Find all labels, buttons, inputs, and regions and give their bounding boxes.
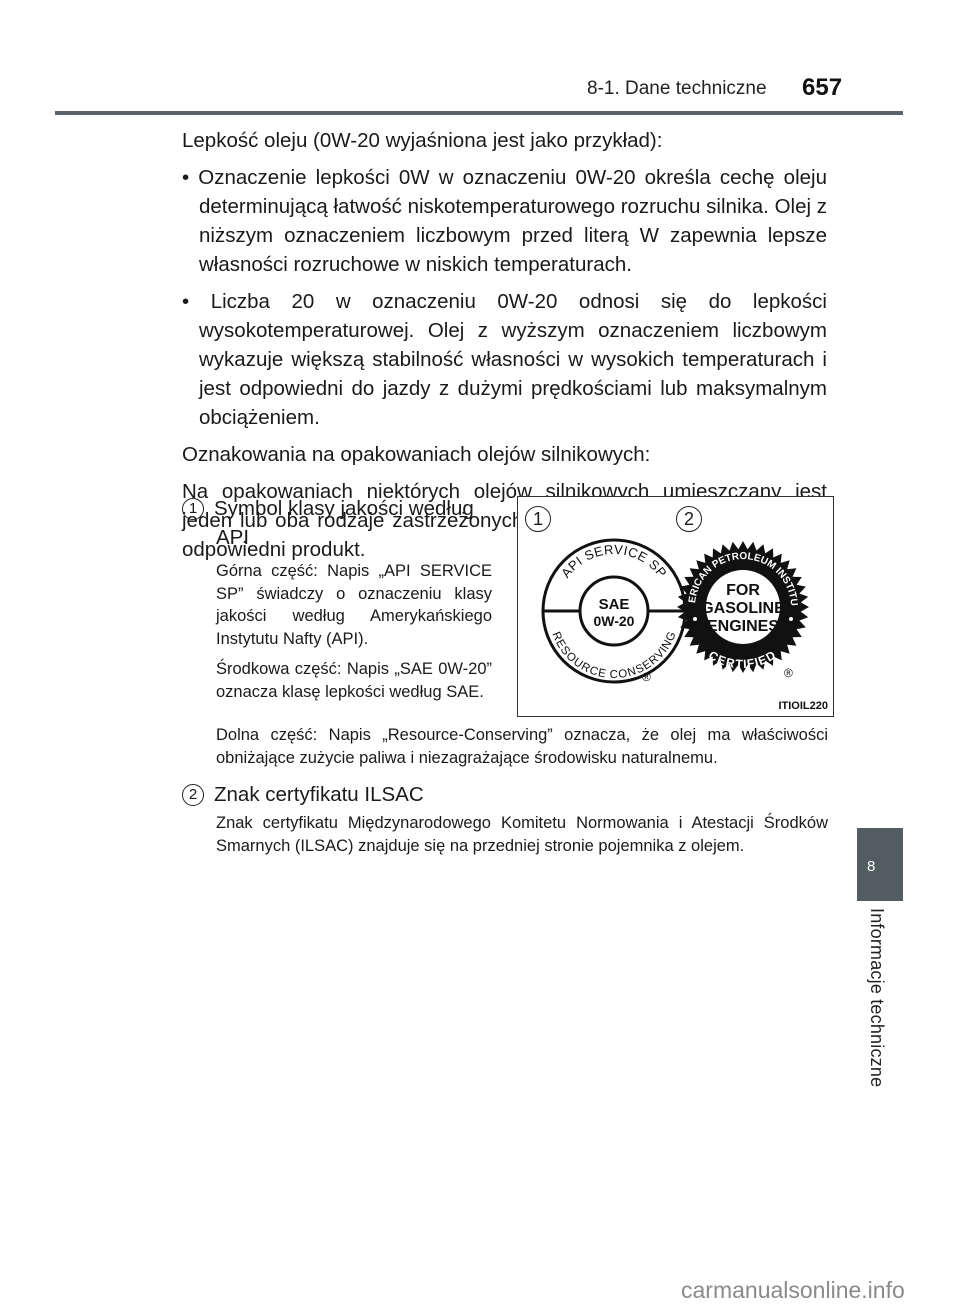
svg-text:FOR: FOR: [726, 582, 760, 599]
svg-text:ENGINES: ENGINES: [707, 618, 779, 635]
chapter-title: Informacje techniczne: [866, 908, 887, 1087]
item-1-title: 1Symbol klasy jakości według API: [182, 494, 492, 552]
svg-text:®: ®: [784, 666, 793, 680]
item-1-title-line2: API: [182, 523, 492, 552]
item-1-upper-part: Górna część: Napis „API SERVICE SP” świa…: [216, 560, 492, 650]
markings-heading: Oznakowania na opakowaniach olejów silni…: [182, 440, 827, 469]
oil-marks-illustration: API SERVICE SP RESOURCE CONSERVING SAE 0…: [518, 497, 833, 716]
item-1-body: Górna część: Napis „API SERVICE SP” świa…: [216, 560, 492, 703]
watermark: carmanualsonline.info: [681, 1277, 905, 1304]
item-1-lower-part: Dolna część: Napis „Resource-Conserving”…: [216, 724, 828, 769]
item-1-title-line1: Symbol klasy jakości według: [214, 497, 474, 520]
chapter-number: 8: [867, 858, 875, 875]
item-2-title: 2Znak certyfikatu ILSAC: [182, 780, 424, 809]
bullet-low-temp: • Oznaczenie lepkości 0W w oznaczeniu 0W…: [182, 163, 827, 279]
svg-text:SAE: SAE: [599, 596, 630, 613]
svg-text:0W-20: 0W-20: [594, 613, 635, 629]
api-service-symbol: API SERVICE SP RESOURCE CONSERVING SAE 0…: [543, 540, 685, 684]
bullet-high-temp: • Liczba 20 w oznaczeniu 0W-20 odnosi si…: [182, 287, 827, 432]
viscosity-lead: Lepkość oleju (0W-20 wyjaśniona jest jak…: [182, 126, 827, 155]
figure-code: ITIOIL220: [778, 700, 828, 712]
item-1-number: 1: [182, 498, 204, 520]
section-title: 8-1. Dane techniczne: [587, 78, 767, 100]
page-number: 657: [802, 74, 842, 102]
item-2-body: Znak certyfikatu Międzynarodowego Komite…: [216, 812, 828, 857]
item-1-middle-part: Środkowa część: Napis „SAE 0W-20” oznacz…: [216, 658, 492, 703]
item-2-title-text: Znak certyfikatu ILSAC: [214, 783, 424, 806]
chapter-tab[interactable]: 8: [857, 828, 903, 901]
oil-marks-figure: 1 2 API SERVICE SP RESOURCE CONSERVING S…: [517, 496, 834, 717]
svg-text:®: ®: [642, 670, 651, 684]
item-2-number: 2: [182, 784, 204, 806]
header-divider: [55, 111, 903, 115]
svg-text:GASOLINE: GASOLINE: [701, 600, 785, 617]
